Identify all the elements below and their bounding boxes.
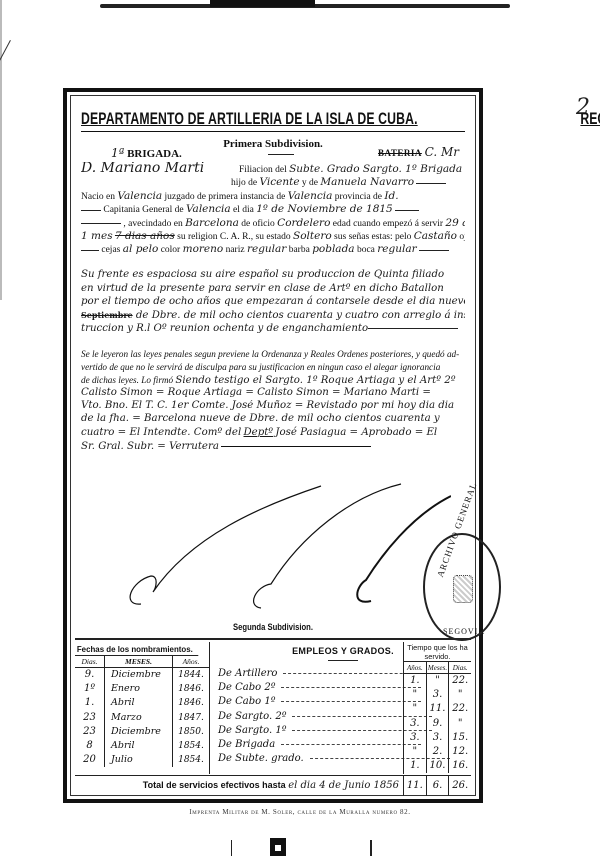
narrative-text: de Dbre. de mil ocho cientos cuarenta y … [136,310,465,321]
cell-meses: 3. [427,731,450,745]
label-capitania: Capitania General de [103,205,183,215]
fill-rule [81,223,121,224]
rank-value: Subte. Grado Sargto. 1º Brigada [289,163,462,175]
cell-ano: 1846. [173,682,209,696]
filiacion-line-3: Nacio en Valencia juzgado de primera ins… [81,190,465,203]
cell-ano: 1846. [173,696,209,710]
film-frame-mark [231,840,232,856]
fill-rule [368,328,458,329]
title-rule [328,660,358,661]
table-row: 1.Abril1846. [75,696,209,710]
printer-imprint: Imprenta Militar de M. Soler, calle de l… [0,808,600,816]
table-row: 20Julio1854. [75,753,209,767]
cell-anos: 3. [404,731,427,745]
label-edad: edad cuando empezó á servir [333,219,443,229]
cell-ano: 1844. [173,668,209,682]
struck-word: Septiembre [81,310,133,320]
table-row: "2.12. [404,745,471,759]
segunda-subdivision-heading: Segunda Subdivision. [101,622,444,632]
age-struck: 7 dias años [115,230,175,242]
microfilm-icon [270,838,286,856]
narrative-line: Su frente es espaciosa su aire español s… [81,268,465,282]
cell-mes: Enero [105,682,173,696]
table-row: 23Diciembre1850. [75,725,209,739]
table-row: 3.3.15. [404,731,471,745]
regiment-label: REGIMIENTO. [580,109,600,129]
total-label: Total de servicios efectivos hasta el di… [75,780,403,791]
eyebrows-value: al pelo [123,243,159,255]
filiacion-line-7: cejas al pelo color moreno nariz regular… [81,243,465,256]
cell-mes: Julio [105,753,173,767]
cell-dia: 1. [75,696,105,710]
table-row: 1ºEnero1846. [75,682,209,696]
cell-dias: 16. [449,759,471,773]
cell-mes: Diciembre [105,725,173,739]
complexion-value: moreno [183,243,224,255]
empleo-value: De Sargto. 2º [218,711,286,722]
narrative-line: por el tiempo de ocho años que empezaran… [81,295,465,309]
capitania-value: Valencia [186,203,231,215]
label-nariz: nariz [226,245,245,255]
table-row: 1."22. [404,674,471,688]
mother-name: Manuela Navarro [320,176,414,188]
intendente-text: cuatro = El Intendte. Comº del [81,427,241,438]
cell-dia: 1º [75,682,105,696]
label-provincia: provincia de [335,192,382,202]
total-dias: 26. [449,776,471,796]
brigada-label: 1ª BRIGADA. [111,146,182,160]
label-el-dia: el dia [233,205,254,215]
intendente-line: cuatro = El Intendte. Comº del Deptº Jos… [81,426,465,440]
cell-dia: 23 [75,711,105,725]
dash-fill [281,701,421,702]
witness-text: Siendo testigo el Sargto. 1º Roque Artia… [175,375,455,386]
total-date: el dia 4 de Junio 1856 [288,780,399,791]
label-religion: su religion C. A. R., su estado [177,232,290,242]
empleo-value: De Sargto. 1º [218,725,286,736]
tiempo-header-row: Años. Meses. Dias. [404,662,471,674]
document-inner-frame: DEPARTAMENTO DE ARTILLERIA DE LA ISLA DE… [70,95,476,796]
cell-dia: 23 [75,725,105,739]
general-line: Sr. Gral. Subr. = Verrutera [81,440,465,454]
bateria-value: C. Mr [425,145,459,159]
father-name: Vicente [260,176,300,188]
table-row: 1.10.16. [404,759,471,773]
cell-ano: 1854. [173,753,209,767]
trade: Cordelero [277,217,330,229]
pen-flourish-graphic [111,476,451,616]
appointment-dates-column: Fechas de los nombramientos. Dias. MESES… [75,642,210,774]
table-row: 23Marzo1847. [75,711,209,725]
table-row: "11.22. [404,702,471,716]
cell-dia: 20 [75,753,105,767]
cell-dias: 22. [449,674,471,688]
header-meses: Meses. [427,662,450,673]
beard-value: poblada [312,243,354,255]
label-ojos: ojos [459,232,465,242]
filiacion-line-6: 1 mes 7 dias años su religion C. A. R., … [81,230,465,243]
fill-rule [419,250,449,251]
nose-value: regular [247,243,286,255]
cell-ano: 1850. [173,725,209,739]
label-y-de: y de [302,178,318,188]
filiacion-line-2: hijo de Vicente y de Manuela Navarro [81,176,465,189]
label-boca: boca [357,245,375,255]
birthplace: Valencia [117,190,162,202]
brigada-number: 1ª [111,146,124,160]
cell-ano: 1854. [173,739,209,753]
cell-anos: " [404,745,427,759]
cell-dias: " [449,688,471,702]
fill-rule [81,250,99,251]
heading-rule [268,154,294,155]
label-oficio: de oficio [241,219,275,229]
narrative-line: truccion y R.l Oº reunion ochenta y de e… [81,322,465,336]
table-row: "3." [404,688,471,702]
cell-anos: 3. [404,717,427,731]
header-dias: Dias. [75,656,105,667]
soldier-name: D. Mariano Marti [81,162,204,176]
signatures-line: Calisto Simon = Roque Artiaga = Calisto … [81,387,465,400]
cell-mes: Marzo [105,711,173,725]
cell-anos: " [404,702,427,716]
empleo-value: De Cabo 1º [218,696,275,707]
table-row: 3.9." [404,717,471,731]
cell-dias: 12. [449,745,471,759]
coat-of-arms-icon [453,575,473,603]
dash-fill [281,687,421,688]
age-value: 29 años [445,217,465,229]
cell-dia: 8 [75,739,105,753]
marital-status: Soltero [293,230,332,242]
service-record-table: Fechas de los nombramientos. Dias. MESES… [75,642,471,774]
narrative-line: Septiembre de Dbre. de mil ocho cientos … [81,309,465,323]
cell-meses: 3. [427,688,450,702]
cell-mes: Diciembre [105,668,173,682]
total-values: 11. 6. 26. [403,776,471,796]
cell-mes: Abril [105,739,173,753]
cell-meses: " [427,674,450,688]
cell-anos: 1. [404,759,427,773]
cell-dia: 9. [75,668,105,682]
cell-dias: " [449,717,471,731]
juzgado-value: Valencia [288,190,333,202]
document-frame: DEPARTAMENTO DE ARTILLERIA DE LA ISLA DE… [63,88,483,803]
label-filiacion: Filiacion del [239,165,287,175]
filiacion-block: D. Mariano Marti Filiacion del Subte. Gr… [81,162,465,257]
penal-line-3: de dichas leyes. Lo firmó Siendo testigo… [81,374,465,388]
scan-edge [0,0,2,300]
cell-dias: 15. [449,731,471,745]
label-lo-firmo: de dichas leyes. Lo firmó [81,375,173,385]
department-title: DEPARTAMENTO DE ARTILLERIA DE LA ISLA DE… [81,109,418,129]
header-dias: Dias. [449,662,471,673]
cell-anos: " [404,688,427,702]
header-meses: MESES. [105,656,173,667]
hair-value: Castaño [414,230,457,242]
table-row: 9.Diciembre1844. [75,668,209,682]
label-juzgado: juzgado de primera instancia de [165,192,286,202]
label-barba: barba [289,245,310,255]
cell-dias: 22. [449,702,471,716]
birth-date: 1º de Noviembre de 1815 [256,203,393,215]
fill-rule [416,183,446,184]
penal-line-2: vertido de que no le servirá de disculpa… [81,361,465,374]
brigada-text: BRIGADA. [127,148,182,160]
film-frame-mark [370,840,372,856]
total-meses: 6. [427,776,450,796]
header-anos: Años. [173,656,209,667]
cell-meses: 10. [427,759,450,773]
residence: Barcelona [185,217,239,229]
filiacion-line-1: D. Mariano Marti Filiacion del Subte. Gr… [81,162,465,176]
empleo-value: De Brigada [218,739,275,750]
penal-line-1: Se le leyeron las leyes penales segun pr… [81,348,465,361]
table-row: 8Abril1854. [75,739,209,753]
age-months: 1 mes [81,230,113,242]
handwritten-narrative: Su frente es espaciosa su aire español s… [81,268,465,336]
total-anos: 11. [404,776,427,796]
penal-laws-block: Se le leyeron las leyes penales segun pr… [81,348,465,453]
document-header: DEPARTAMENTO DE ARTILLERIA DE LA ISLA DE… [81,106,465,132]
cell-meses: 11. [427,702,450,716]
fill-rule [395,210,419,211]
narrative-line: en virtud de la presente para servir en … [81,282,465,296]
cell-meses: 9. [427,717,450,731]
tiempo-title: Tiempo que los ha servido. [404,642,471,662]
fill-rule [81,210,101,211]
section-rule [75,638,471,640]
label-nacio-en: Nacio en [81,192,115,202]
empleo-value: De Cabo 2º [218,682,275,693]
total-label-text: Total de servicios efectivos hasta [143,780,286,790]
cell-anos: 1. [404,674,427,688]
dates-header-row: Dias. MESES. Años. [75,656,209,668]
total-service-row: Total de servicios efectivos hasta el di… [75,775,471,795]
dates-title: Fechas de los nombramientos. [75,642,198,656]
departamento-abbr: Deptº [244,427,274,438]
time-served-column: Tiempo que los ha servido. Años. Meses. … [403,642,471,774]
filiacion-line-4: Capitania General de Valencia el dia 1º … [81,203,465,216]
label-avecindado: , avecindado en [123,219,182,229]
header-anos: Años. [404,662,427,673]
mouth-value: regular [377,243,416,255]
review-line: de la fha. = Barcelona nueve de Dbre. de… [81,413,465,426]
aprobado-text: José Pasiagua = Aprobado = El [275,427,437,438]
bateria-struck: BATERIA [378,148,422,158]
cell-meses: 2. [427,745,450,759]
cell-mes: Abril [105,696,173,710]
stamp-bottom-text: SEGOVIA [443,627,485,636]
label-color: color [161,245,181,255]
approval-line: Vto. Bno. El T. C. 1er Comte. José Muñoz… [81,400,465,413]
empleo-value: De Subte. grado. [218,753,304,764]
label-pelo: sus señas estas: pelo [334,232,411,242]
cell-ano: 1847. [173,711,209,725]
label-hijo-de: hijo de [231,178,257,188]
end-rule [221,446,371,447]
empleo-value: De Artillero [218,668,277,679]
dash-fill [281,744,421,745]
general-signature: Sr. Gral. Subr. = Verrutera [81,441,219,452]
narrative-text: truccion y R.l Oº reunion ochenta y de e… [81,323,368,334]
bateria-field: BATERIA C. Mr [378,145,459,159]
scan-artifact-block [210,0,315,7]
provincia-value: Id. [384,190,398,202]
filiacion-line-5: , avecindado en Barcelona de oficio Cord… [81,217,465,230]
label-cejas: cejas [101,245,120,255]
